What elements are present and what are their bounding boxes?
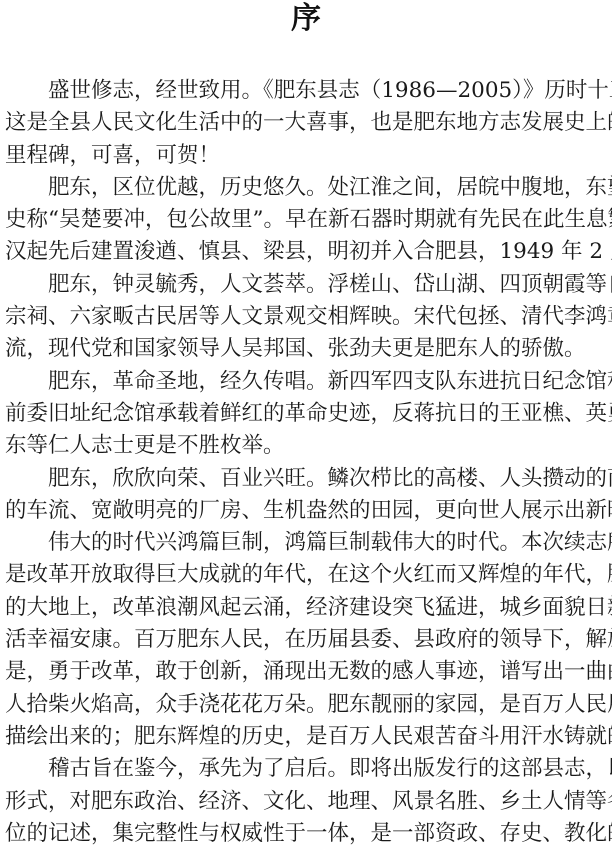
text-line: 是改革开放取得巨大成就的年代，在这个火红而又辉煌的年代，肥东这块古老: [5, 559, 609, 591]
text-line: 的大地上，改革浪潮风起云涌，经济建设突飞猛进，城乡面貌日新月异，人民生: [5, 592, 609, 624]
text-line: 流，现代党和国家领导人吴邦国、张劲夫更是肥东人的骄傲。: [5, 333, 609, 365]
text-line: 汉起先后建置浚遒、慎县、梁县，明初并入合肥县，1949 年 2 月始置肥东县。: [5, 236, 609, 268]
text-line: 东等仁人志士更是不胜枚举。: [5, 430, 609, 462]
text-line: 稽古旨在鉴今，承先为了启后。即将出版发行的这部县志，以图文并茂的: [5, 753, 609, 785]
text-line: 人拾柴火焰高，众手浇花花万朵。肥东靓丽的家园，是百万人民用勤劳的双手: [5, 689, 609, 721]
text-line: 位的记述，集完整性与权威性于一体，是一部资政、存史、教化的好典籍，也是: [5, 818, 609, 850]
text-line: 里程碑，可喜，可贺！: [5, 140, 609, 172]
text-line: 是，勇于改革，敢于创新，涌现出无数的感人事迹，谱写出一曲曲动人篇章。众: [5, 656, 609, 688]
text-line: 这是全县人民文化生活中的一大喜事，也是肥东地方志发展史上的一个重要: [5, 107, 609, 139]
text-line: 史称“吴楚要冲，包公故里”。早在新石器时期就有先民在此生息繁衍，自西: [5, 204, 609, 236]
text-line: 活幸福安康。百万肥东人民，在历届县委、县政府的领导下，解放思想，实事求: [5, 624, 609, 656]
text-line: 肥东，钟灵毓秀，人文荟萃。浮槎山、岱山湖、四顶朝霞等自然景观和包氏: [5, 269, 609, 301]
text-line: 盛世修志，经世致用。《肥东县志（1986—2005）》历时十三载，即日付梓，: [5, 75, 609, 107]
text-line: 形式，对肥东政治、经济、文化、地理、风景名胜、乡土人情等各个领域作了全方: [5, 786, 609, 818]
text-line: 肥东，区位优越，历史悠久。处江淮之间，居皖中腹地，东望南京，南滨巢湖，: [5, 172, 609, 204]
text-line: 前委旧址纪念馆承载着鲜红的革命史迹，反蒋抗日的王亚樵、英勇善战的柯武: [5, 398, 609, 430]
text-line: 伟大的时代兴鸿篇巨制，鸿篇巨制载伟大的时代。本次续志所载年代，正: [5, 527, 609, 559]
preface-body: 盛世修志，经世致用。《肥东县志（1986—2005）》历时十三载，即日付梓，这是…: [5, 75, 609, 850]
document-page: 序 盛世修志，经世致用。《肥东县志（1986—2005）》历时十三载，即日付梓，…: [0, 0, 612, 855]
text-line: 宗祠、六家畈古民居等人文景观交相辉映。宋代包拯、清代李鸿章堪称传世名: [5, 301, 609, 333]
text-line: 肥东，革命圣地，经久传唱。新四军四支队东进抗日纪念馆和渡江战役总: [5, 366, 609, 398]
text-line: 肥东，欣欣向荣、百业兴旺。鳞次栉比的高楼、人头攒动的商埠、穿梭不息: [5, 463, 609, 495]
text-line: 的车流、宽敞明亮的厂房、生机盎然的田园，更向世人展示出新时代的气息。: [5, 495, 609, 527]
page-title: 序: [0, 0, 612, 38]
text-line: 描绘出来的；肥东辉煌的历史，是百万人民艰苦奋斗用汗水铸就的。: [5, 721, 609, 753]
